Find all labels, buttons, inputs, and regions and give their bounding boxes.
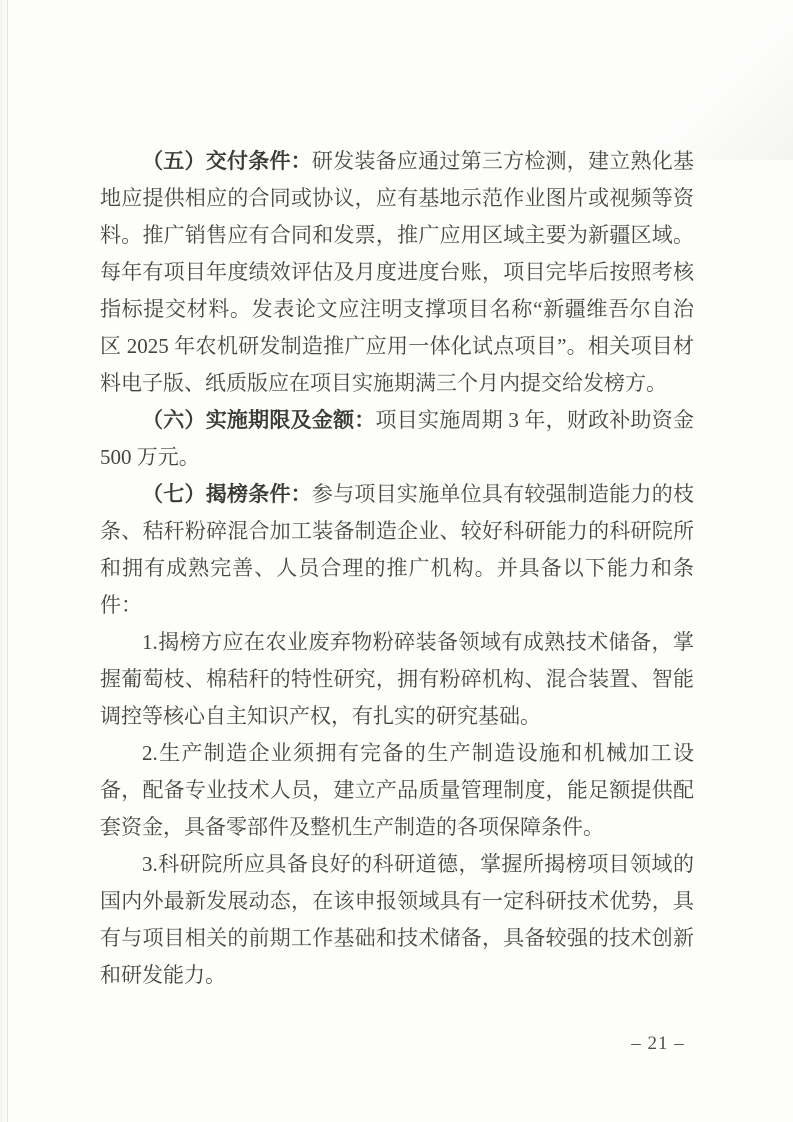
paragraph-condition-2: 2.生产制造企业须拥有完备的生产制造设施和机械加工设备，配备专业技术人员，建立产… xyxy=(100,735,694,846)
paragraph-text: 2.生产制造企业须拥有完备的生产制造设施和机械加工设备，配备专业技术人员，建立产… xyxy=(100,741,694,839)
paragraph-text: 3.科研院所应具备良好的科研道德，掌握所揭榜项目领域的国内外最新发展动态，在该申… xyxy=(100,852,694,987)
paragraph-label: （五）交付条件： xyxy=(142,149,312,173)
scan-edge-left xyxy=(0,0,12,1122)
paragraph-condition-1: 1.揭榜方应在农业废弃物粉碎装备领域有成熟技术储备，掌握葡萄枝、棉秸秆的特性研究… xyxy=(100,624,694,735)
document-body: （五）交付条件：研发装备应通过第三方检测，建立熟化基地应提供相应的合同或协议，应… xyxy=(100,143,694,994)
paragraph-period-and-amount: （六）实施期限及金额：项目实施周期 3 年，财政补助资金 500 万元。 xyxy=(100,402,694,476)
paragraph-text: 1.揭榜方应在农业废弃物粉碎装备领域有成熟技术储备，掌握葡萄枝、棉秸秆的特性研究… xyxy=(100,630,694,728)
paragraph-label: （七）揭榜条件： xyxy=(142,482,312,506)
paragraph-bid-conditions: （七）揭榜条件：参与项目实施单位具有较强制造能力的枝条、秸秆粉碎混合加工装备制造… xyxy=(100,476,694,624)
paragraph-text: 研发装备应通过第三方检测，建立熟化基地应提供相应的合同或协议，应有基地示范作业图… xyxy=(100,149,694,395)
scan-edge-line xyxy=(7,0,8,1122)
paragraph-label: （六）实施期限及金额： xyxy=(142,408,376,432)
paragraph-condition-3: 3.科研院所应具备良好的科研道德，掌握所揭榜项目领域的国内外最新发展动态，在该申… xyxy=(100,846,694,994)
page-number: – 21 – xyxy=(608,1033,708,1055)
paragraph-delivery-conditions: （五）交付条件：研发装备应通过第三方检测，建立熟化基地应提供相应的合同或协议，应… xyxy=(100,143,694,402)
scan-corner-top-right xyxy=(573,0,793,160)
